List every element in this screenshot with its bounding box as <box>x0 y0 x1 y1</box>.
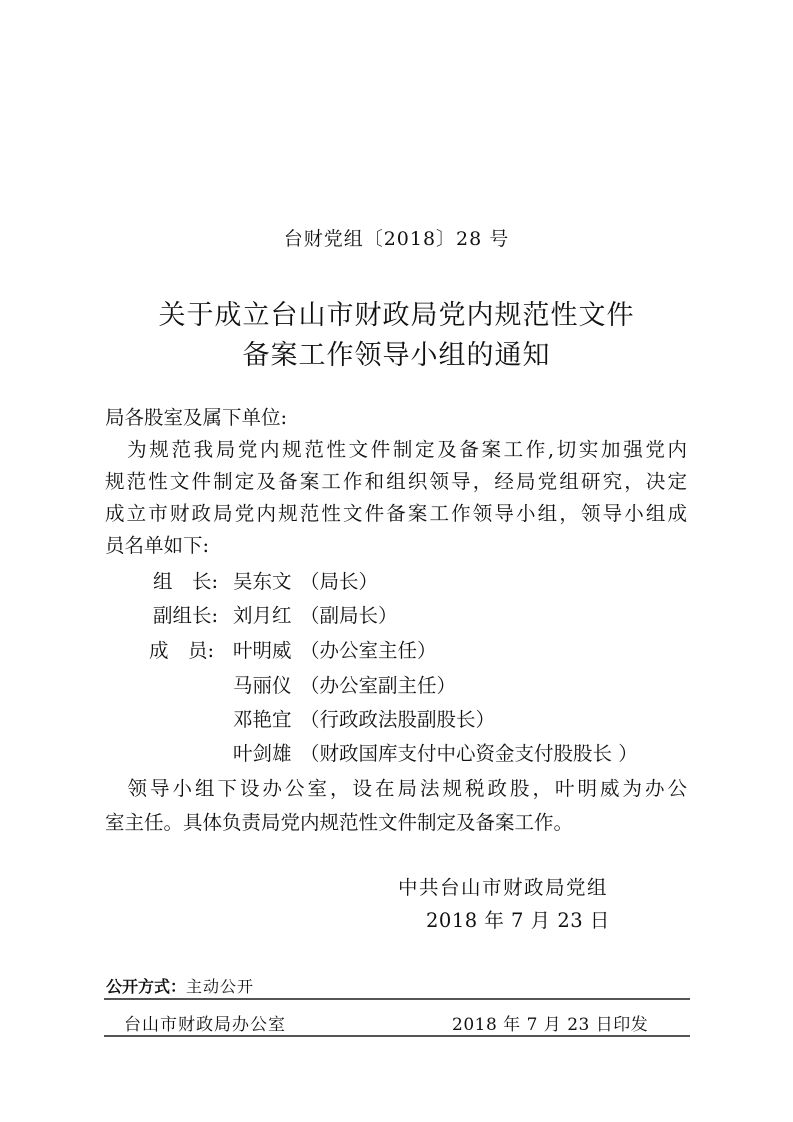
member-name: 吴东文 <box>233 566 292 594</box>
disclosure-label: 公开方式： <box>106 977 186 996</box>
member-name: 邓艳宜 <box>233 704 292 732</box>
salutation: 局各股室及属下单位: <box>105 402 687 430</box>
paragraph-office: 领导小组下设办公室，设在局法规税政股，叶明威为办公 室主任。具体负责局党内规范性… <box>105 773 687 843</box>
member-position: （办公室副主任） <box>300 670 456 698</box>
title-line-1: 关于成立台山市财政局党内规范性文件 <box>0 293 793 332</box>
member-name: 叶剑雄 <box>233 738 292 766</box>
document-number: 台财党组〔2018〕28 号 <box>0 224 793 251</box>
member-position: （副局长） <box>300 600 398 628</box>
paragraph-line: 规范性文件制定及备案工作和组织领导，经局党组研究，决定 <box>105 466 687 494</box>
footer-rule-bottom <box>104 1035 690 1037</box>
signature-date: 2018 年 7 月 23 日 <box>426 905 610 933</box>
paragraph-line: 员名单如下: <box>105 530 209 558</box>
paragraph-line: 为规范我局党内规范性文件制定及备案工作,切实加强党内 <box>105 434 687 462</box>
paragraph-line: 成立市财政局党内规范性文件备案工作领导小组，领导小组成 <box>105 498 687 526</box>
issuer: 台山市财政局办公室 <box>124 1010 286 1035</box>
member-position: （行政政法股副股长） <box>300 704 495 732</box>
member-name: 马丽仪 <box>233 670 292 698</box>
title-line-2: 备案工作领导小组的通知 <box>0 333 793 372</box>
signature-organization: 中共台山市财政局党组 <box>398 872 608 900</box>
member-role: 组 长: <box>153 566 218 594</box>
footer-rule-top <box>104 998 690 1000</box>
disclosure-value: 主动公开 <box>186 977 254 996</box>
member-role: 成 员: <box>149 635 214 663</box>
disclosure: 公开方式：主动公开 <box>106 974 254 997</box>
member-role: 副组长: <box>153 600 218 628</box>
issue-date: 2018 年 7 月 23 日印发 <box>452 1010 648 1035</box>
member-name: 刘月红 <box>233 600 292 628</box>
member-position: （财政国库支付中心资金支付股股长 ） <box>300 738 638 766</box>
member-name: 叶明威 <box>233 635 292 663</box>
paragraph-line: 领导小组下设办公室，设在局法规税政股，叶明威为办公 <box>105 773 687 801</box>
paragraph-line: 室主任。具体负责局党内规范性文件制定及备案工作。 <box>105 807 573 835</box>
member-position: （局长） <box>300 566 378 594</box>
member-position: （办公室主任） <box>300 635 437 663</box>
paragraph-intro: 为规范我局党内规范性文件制定及备案工作,切实加强党内 规范性文件制定及备案工作和… <box>105 434 687 564</box>
